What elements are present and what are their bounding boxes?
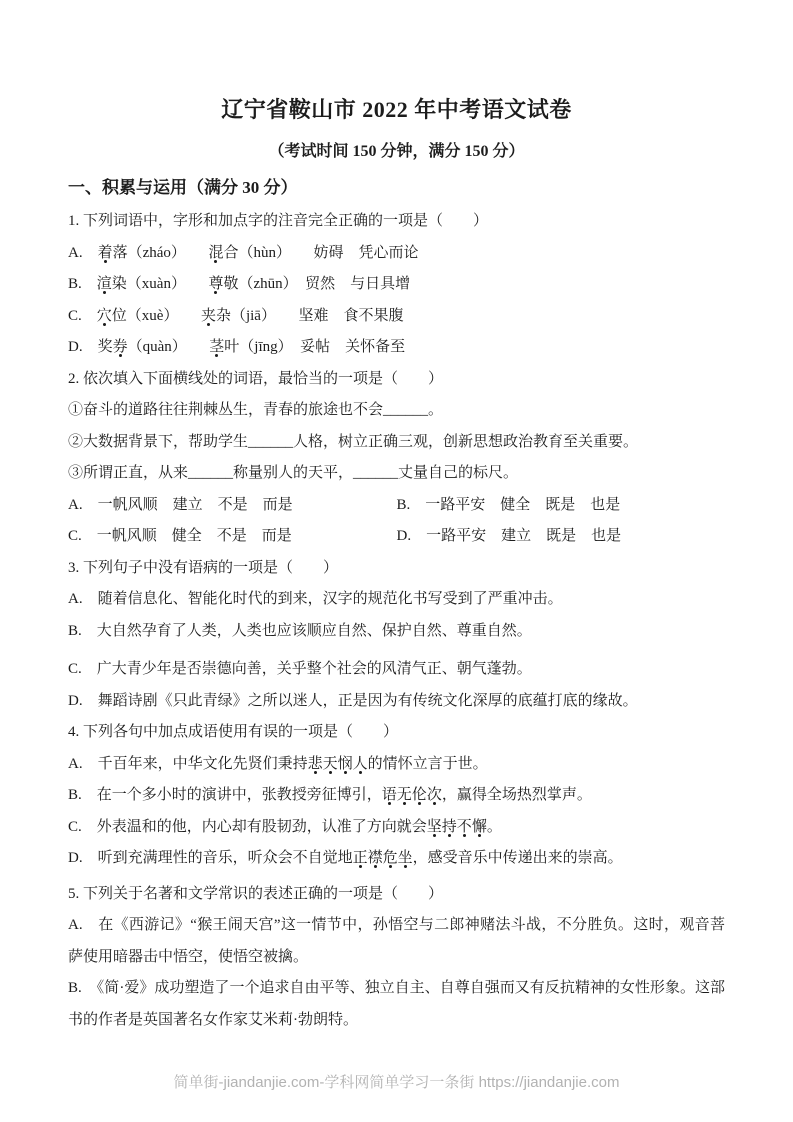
text-run: A. bbox=[68, 245, 98, 261]
q2-option-b: B. 一路平安 健全 既是 也是 bbox=[397, 490, 726, 522]
q4-stem: 4. 下列各句中加点成语使用有误的一项是（ ） bbox=[68, 717, 725, 749]
text-run: 2. 依次填入下面横线处的词语，最恰当的一项是（ ） bbox=[68, 371, 443, 387]
exam-content: 辽宁省鞍山市 2022 年中考语文试卷 （考试时间 150 分钟，满分 150 … bbox=[0, 0, 793, 1036]
q4-option-c: C. 外表温和的他，内心却有股韧劲，认准了方向就会坚持不懈。 bbox=[68, 812, 725, 844]
text-run: C. 一帆风顺 健全 不是 而是 bbox=[68, 528, 292, 544]
emphasized-char: 坐 bbox=[398, 850, 413, 866]
emphasized-char: 无 bbox=[397, 787, 412, 803]
text-run: 落（zháo） bbox=[113, 245, 209, 261]
text-run: 4. 下列各句中加点成语使用有误的一项是（ ） bbox=[68, 724, 398, 740]
emphasized-char: 次 bbox=[427, 787, 442, 803]
text-run: B. bbox=[68, 276, 97, 292]
text-run: C. bbox=[68, 308, 97, 324]
q4-option-d: D. 听到充满理性的音乐，听众会不自觉地正襟危坐，感受音乐中传递出来的崇高。 bbox=[68, 843, 725, 875]
text-run: A. 千百年来，中华文化先贤们秉持 bbox=[68, 756, 308, 772]
emphasized-char: 悲 bbox=[308, 756, 323, 772]
text-run: B. 在一个多小时的演讲中，张教授旁征博引， bbox=[68, 787, 382, 803]
q3-option-b: B. 大自然孕育了人类，人类也应该顺应自然、保护自然、尊重自然。 bbox=[68, 616, 725, 648]
q2-option-d: D. 一路平安 建立 既是 也是 bbox=[397, 521, 726, 553]
emphasized-char: 不 bbox=[457, 819, 472, 835]
q2-item-1: ①奋斗的道路往往荆棘丛生，青春的旅途也不会______。 bbox=[68, 395, 725, 427]
footer-watermark: 简单街-jiandanjie.com-学科网简单学习一条街 https://ji… bbox=[0, 1072, 793, 1094]
emphasized-char: 茎 bbox=[209, 339, 224, 355]
section-heading: 一、积累与运用（满分 30 分） bbox=[68, 175, 725, 201]
text-run: 。 bbox=[487, 819, 502, 835]
text-run: B. 大自然孕育了人类，人类也应该顺应自然、保护自然、尊重自然。 bbox=[68, 623, 532, 639]
emphasized-char: 人 bbox=[353, 756, 368, 772]
q1-stem: 1. 下列词语中，字形和加点字的注音完全正确的一项是（ ） bbox=[68, 206, 725, 238]
text-run: 敬（zhūn） 贸然 与日具增 bbox=[223, 276, 410, 292]
emphasized-char: 着 bbox=[98, 245, 113, 261]
emphasized-char: 尊 bbox=[208, 276, 223, 292]
text-run: A. 在《西游记》“猴王闹天宫”这一情节中，孙悟空与二郎神赌法斗战，不分胜负。这… bbox=[68, 917, 725, 965]
q2-option-a: A. 一帆风顺 建立 不是 而是 bbox=[68, 490, 397, 522]
text-run: A. 随着信息化、智能化时代的到来，汉字的规范化书写受到了严重冲击。 bbox=[68, 591, 563, 607]
text-run: D. 奖 bbox=[68, 339, 113, 355]
emphasized-char: 伦 bbox=[412, 787, 427, 803]
emphasized-char: 天 bbox=[323, 756, 338, 772]
text-run: B. 一路平安 健全 既是 也是 bbox=[397, 497, 621, 513]
text-run: B. 《简·爱》成功塑造了一个追求自由平等、独立自主、自尊自强而又有反抗精神的女… bbox=[68, 980, 725, 1028]
emphasized-char: 持 bbox=[442, 819, 457, 835]
emphasized-char: 混 bbox=[208, 245, 223, 261]
text-run: 位（xuè） bbox=[112, 308, 201, 324]
text-run: ，感受音乐中传递出来的崇高。 bbox=[413, 850, 623, 866]
text-run: 叶（jīng） 妥帖 关怀备至 bbox=[224, 339, 405, 355]
emphasized-char: 懈 bbox=[472, 819, 487, 835]
text-run: 5. 下列关于名著和文学常识的表述正确的一项是（ ） bbox=[68, 886, 443, 902]
q4-option-a: A. 千百年来，中华文化先贤们秉持悲天悯人的情怀立言于世。 bbox=[68, 749, 725, 781]
q4-option-b: B. 在一个多小时的演讲中，张教授旁征博引，语无伦次，赢得全场热烈掌声。 bbox=[68, 780, 725, 812]
text-run: 染（xuàn） bbox=[112, 276, 209, 292]
emphasized-char: 坚 bbox=[427, 819, 442, 835]
emphasized-char: 夹 bbox=[201, 308, 216, 324]
q3-option-c: C. 广大青少年是否崇德向善，关乎整个社会的风清气正、朝气蓬勃。 bbox=[68, 654, 725, 686]
text-run: （quàn） bbox=[128, 339, 210, 355]
emphasized-char: 悯 bbox=[338, 756, 353, 772]
q2-option-c: C. 一帆风顺 健全 不是 而是 bbox=[68, 521, 397, 553]
text-run: 1. 下列词语中，字形和加点字的注音完全正确的一项是（ ） bbox=[68, 213, 488, 229]
q2-options-cd: C. 一帆风顺 健全 不是 而是D. 一路平安 建立 既是 也是 bbox=[68, 521, 725, 553]
emphasized-char: 正 bbox=[353, 850, 368, 866]
text-run: 3. 下列句子中没有语病的一项是（ ） bbox=[68, 560, 338, 576]
q1-option-d: D. 奖券（quàn） 茎叶（jīng） 妥帖 关怀备至 bbox=[68, 332, 725, 364]
emphasized-char: 券 bbox=[113, 339, 128, 355]
q2-stem: 2. 依次填入下面横线处的词语，最恰当的一项是（ ） bbox=[68, 364, 725, 396]
text-run: D. 一路平安 建立 既是 也是 bbox=[397, 528, 622, 544]
q2-item-2: ②大数据背景下，帮助学生______人格，树立正确三观，创新思想政治教育至关重要… bbox=[68, 427, 725, 459]
exam-title: 辽宁省鞍山市 2022 年中考语文试卷 bbox=[68, 95, 725, 125]
emphasized-char: 襟 bbox=[368, 850, 383, 866]
text-run: 合（hùn） 妨碍 凭心而论 bbox=[223, 245, 418, 261]
text-run: 杂（jiā） 坚难 食不果腹 bbox=[216, 308, 404, 324]
text-run: ③所谓正直，从来______称量别人的天平，______丈量自己的标尺。 bbox=[68, 465, 518, 481]
text-run: 的情怀立言于世。 bbox=[368, 756, 488, 772]
text-run: C. 外表温和的他，内心却有股韧劲，认准了方向就会 bbox=[68, 819, 427, 835]
q2-item-3: ③所谓正直，从来______称量别人的天平，______丈量自己的标尺。 bbox=[68, 458, 725, 490]
exam-subtitle: （考试时间 150 分钟，满分 150 分） bbox=[68, 140, 725, 164]
text-run: ②大数据背景下，帮助学生______人格，树立正确三观，创新思想政治教育至关重要… bbox=[68, 434, 638, 450]
q2-options-ab: A. 一帆风顺 建立 不是 而是B. 一路平安 健全 既是 也是 bbox=[68, 490, 725, 522]
q5-option-b: B. 《简·爱》成功塑造了一个追求自由平等、独立自主、自尊自强而又有反抗精神的女… bbox=[68, 973, 725, 1036]
q3-option-d: D. 舞蹈诗剧《只此青绿》之所以迷人，正是因为有传统文化深厚的底蕴打底的缘故。 bbox=[68, 686, 725, 718]
emphasized-char: 危 bbox=[383, 850, 398, 866]
text-run: D. 舞蹈诗剧《只此青绿》之所以迷人，正是因为有传统文化深厚的底蕴打底的缘故。 bbox=[68, 693, 638, 709]
emphasized-char: 渲 bbox=[97, 276, 112, 292]
q1-option-c: C. 穴位（xuè） 夹杂（jiā） 坚难 食不果腹 bbox=[68, 301, 725, 333]
emphasized-char: 语 bbox=[382, 787, 397, 803]
q5-stem: 5. 下列关于名著和文学常识的表述正确的一项是（ ） bbox=[68, 879, 725, 911]
text-run: C. 广大青少年是否崇德向善，关乎整个社会的风清气正、朝气蓬勃。 bbox=[68, 661, 532, 677]
text-run: ①奋斗的道路往往荆棘丛生，青春的旅途也不会______。 bbox=[68, 402, 443, 418]
question-list: 1. 下列词语中，字形和加点字的注音完全正确的一项是（ ）A. 着落（zháo）… bbox=[68, 206, 725, 1036]
text-run: D. 听到充满理性的音乐，听众会不自觉地 bbox=[68, 850, 353, 866]
text-run: A. 一帆风顺 建立 不是 而是 bbox=[68, 497, 293, 513]
q1-option-b: B. 渲染（xuàn） 尊敬（zhūn） 贸然 与日具增 bbox=[68, 269, 725, 301]
text-run: ，赢得全场热烈掌声。 bbox=[442, 787, 592, 803]
q3-option-a: A. 随着信息化、智能化时代的到来，汉字的规范化书写受到了严重冲击。 bbox=[68, 584, 725, 616]
q1-option-a: A. 着落（zháo） 混合（hùn） 妨碍 凭心而论 bbox=[68, 238, 725, 270]
q3-stem: 3. 下列句子中没有语病的一项是（ ） bbox=[68, 553, 725, 585]
q5-option-a: A. 在《西游记》“猴王闹天宫”这一情节中，孙悟空与二郎神赌法斗战，不分胜负。这… bbox=[68, 910, 725, 973]
emphasized-char: 穴 bbox=[97, 308, 112, 324]
exam-page: 辽宁省鞍山市 2022 年中考语文试卷 （考试时间 150 分钟，满分 150 … bbox=[0, 0, 793, 1122]
